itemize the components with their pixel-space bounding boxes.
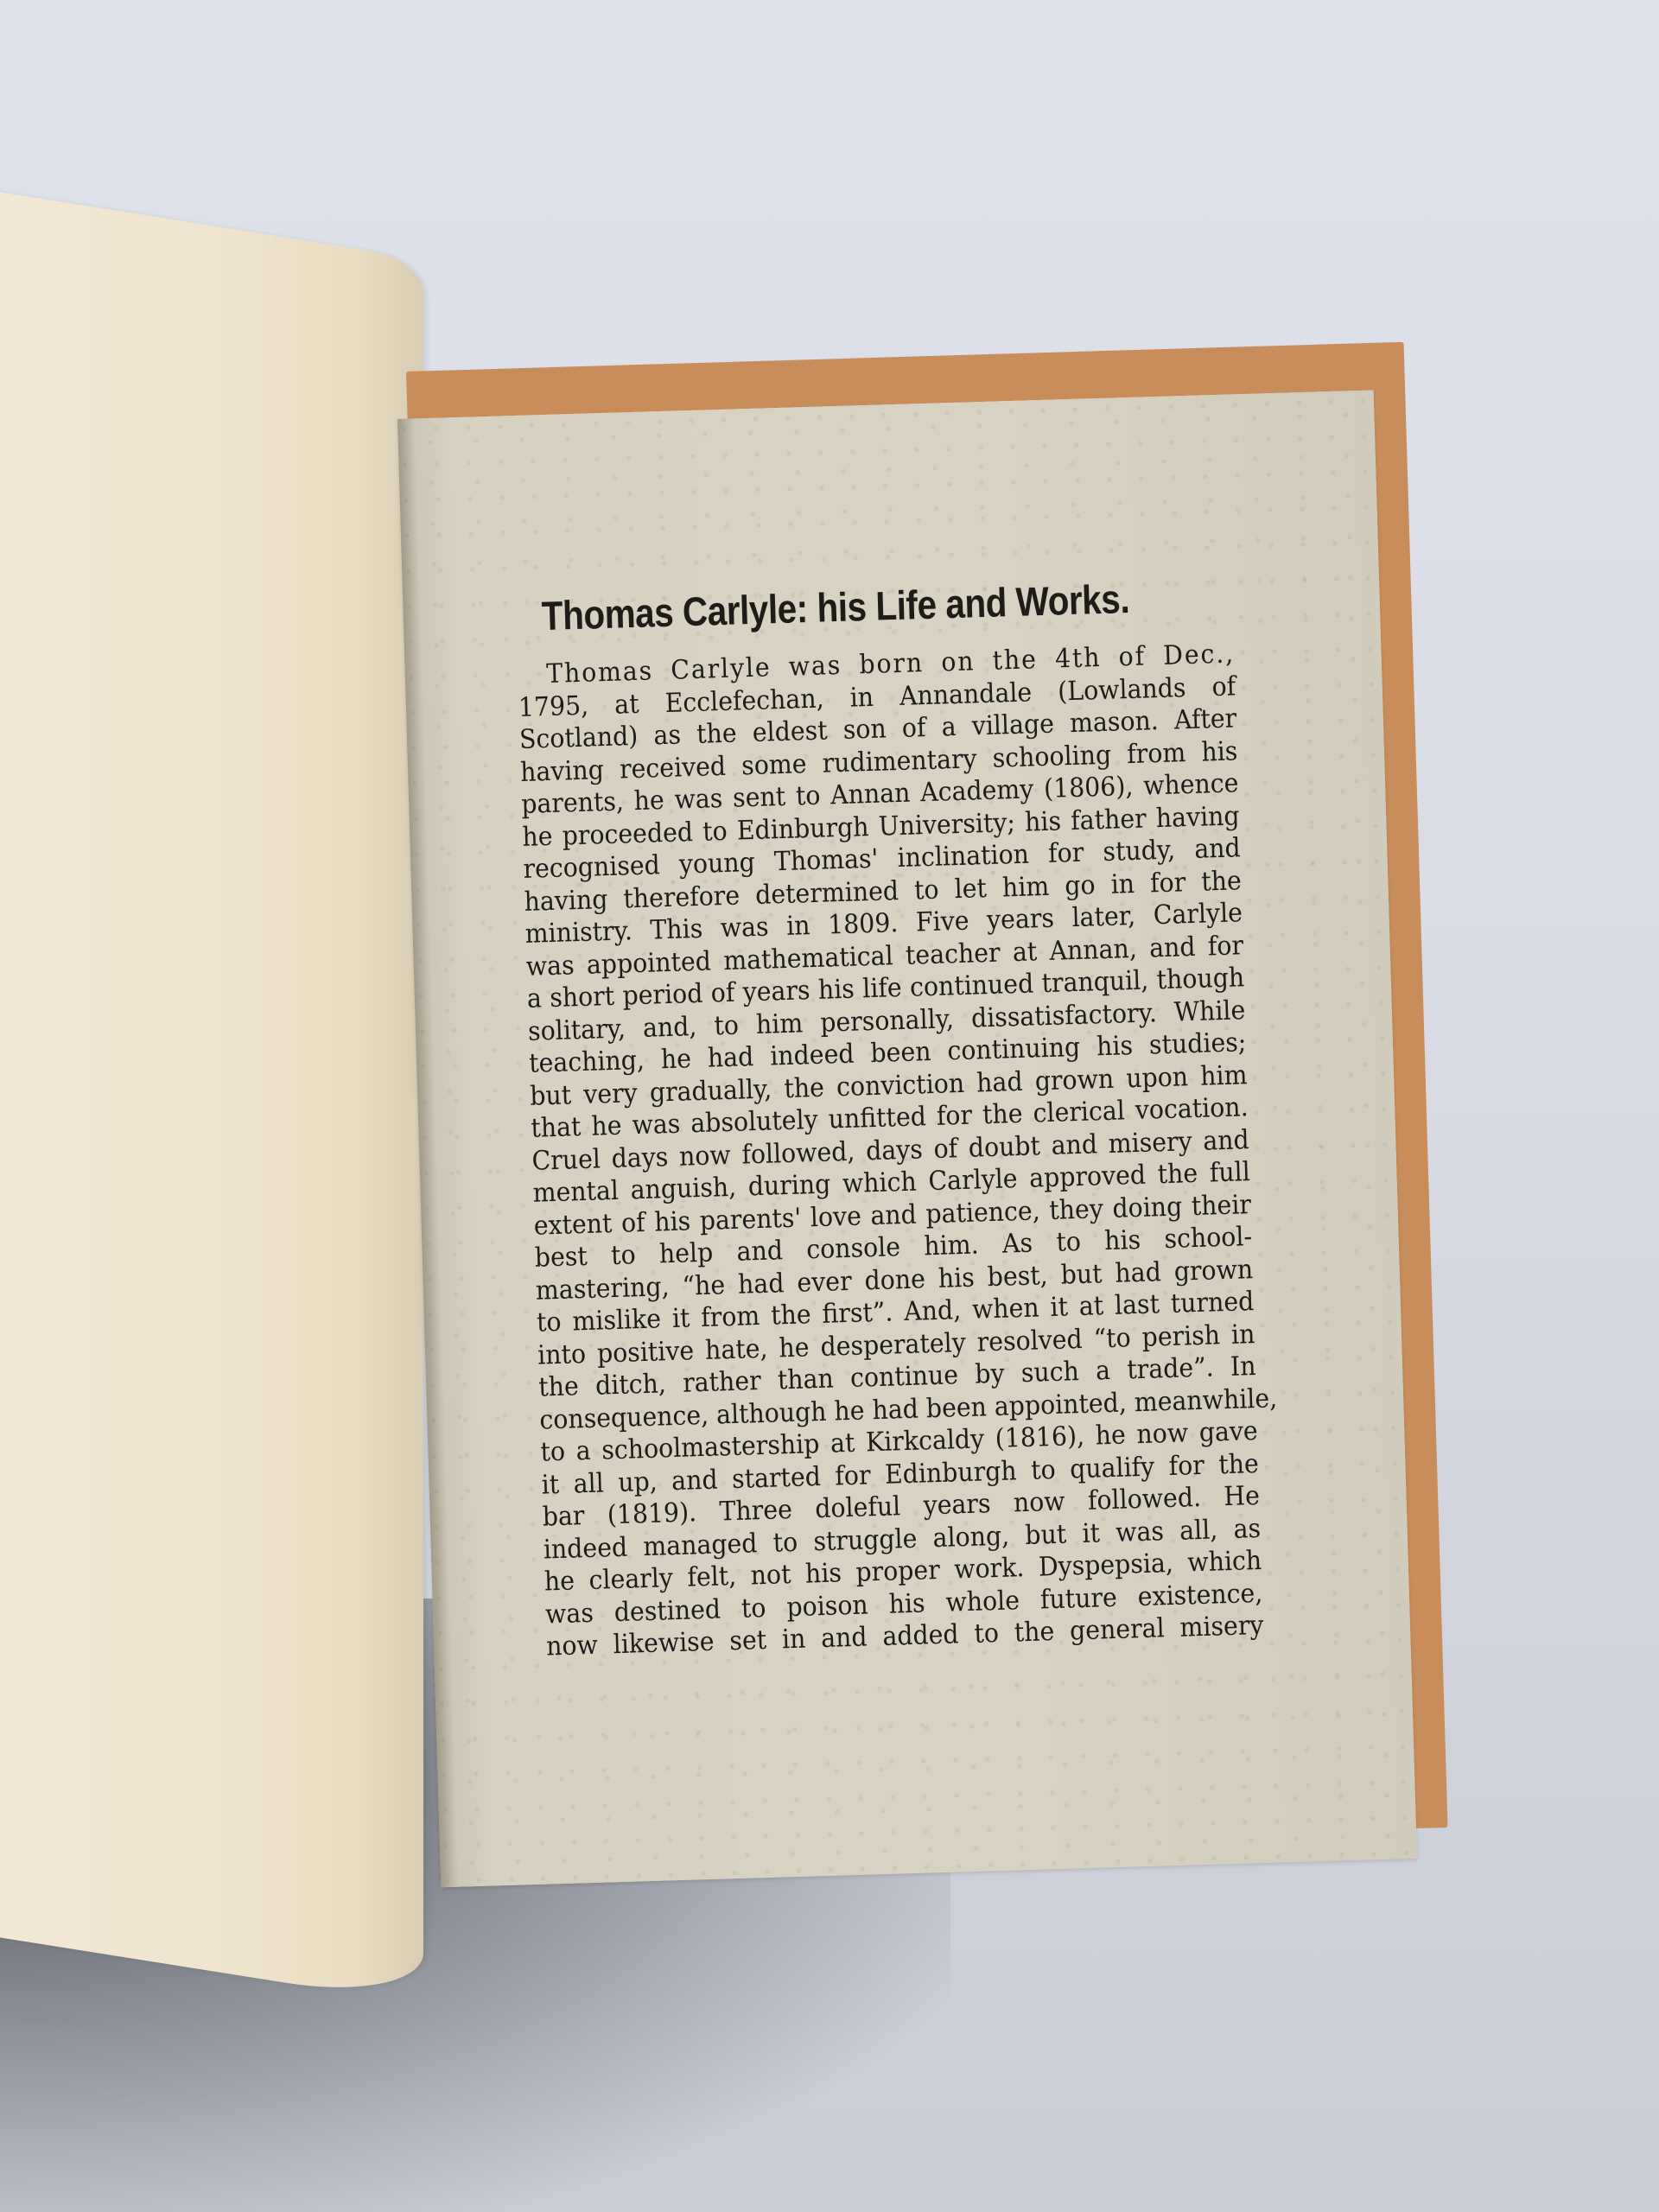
page-title: Thomas Carlyle: his Life and Works.	[541, 575, 1136, 639]
page-text-block: Thomas Carlyle: his Life and Works. Thom…	[515, 571, 1263, 1663]
left-page-blank	[0, 187, 423, 2005]
right-page: Thomas Carlyle: his Life and Works. Thom…	[397, 390, 1417, 1887]
